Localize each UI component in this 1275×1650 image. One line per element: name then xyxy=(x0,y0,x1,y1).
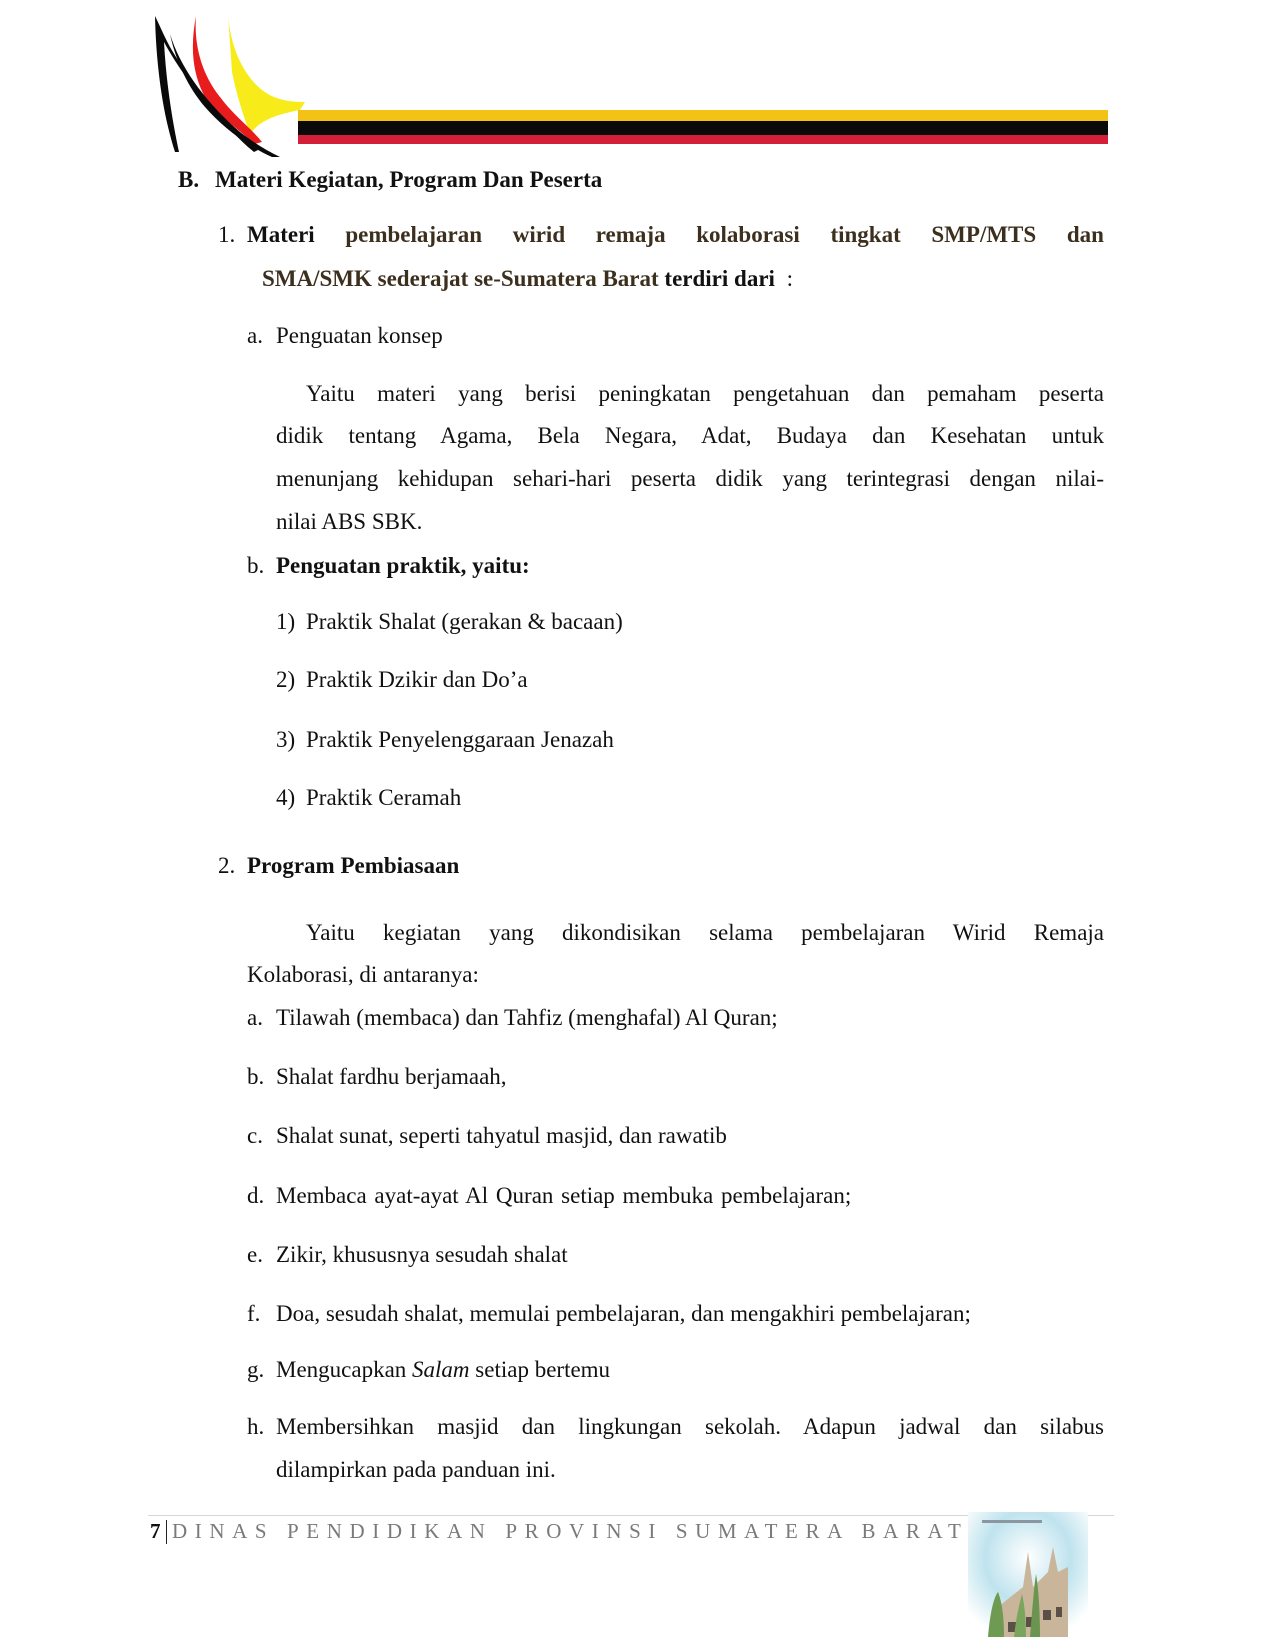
section-letter: B. xyxy=(178,166,199,194)
header-stripes xyxy=(298,110,1108,144)
item1-word: dan xyxy=(1067,221,1104,249)
minangkabau-roof-logo-icon xyxy=(150,2,320,160)
item1a-para-line: menunjang kehidupan sehari-hari peserta … xyxy=(276,465,1104,493)
practice-num: 3) xyxy=(276,726,295,754)
habit-text-line: dilampirkan pada panduan ini. xyxy=(276,1456,556,1484)
item1-word: pembelajaran xyxy=(345,221,482,249)
practice-num: 4) xyxy=(276,784,295,812)
habit-text: Zikir, khususnya sesudah shalat xyxy=(276,1241,568,1269)
item1a-para-line: Yaitu materi yang berisi peningkatan pen… xyxy=(306,380,1104,408)
item1-line1: Materi pembelajaran wirid remaja kolabor… xyxy=(247,221,1104,249)
item1-line2-black: terdiri dari xyxy=(664,266,775,291)
item1-word: kolaborasi xyxy=(696,221,800,249)
practice-text: Praktik Dzikir dan Do’a xyxy=(306,666,528,694)
item1a-para-line: didik tentang Agama, Bela Negara, Adat, … xyxy=(276,422,1104,450)
habit-text: Membaca ayat-ayat Al Quran setiap membuk… xyxy=(276,1182,851,1210)
item1-word: wirid xyxy=(513,221,565,249)
habit-letter: f. xyxy=(247,1300,260,1328)
item1a-para-line: nilai ABS SBK. xyxy=(276,508,422,536)
stripe-black xyxy=(298,121,1108,135)
practice-text: Praktik Ceramah xyxy=(306,784,461,812)
section-title: Materi Kegiatan, Program Dan Peserta xyxy=(215,166,602,194)
habit-text: Doa, sesudah shalat, memulai pembelajara… xyxy=(276,1300,971,1328)
item1b-letter: b. xyxy=(247,552,264,580)
item1-word: tingkat xyxy=(830,221,900,249)
logo-yellow-shape xyxy=(228,14,305,134)
item2-intro-line: Kolaborasi, di antaranya: xyxy=(247,961,479,989)
habit-letter: a. xyxy=(247,1004,263,1032)
habit-text-before: Mengucapkan xyxy=(276,1357,406,1382)
item1a-letter: a. xyxy=(247,322,263,350)
item1-word: SMP/MTS xyxy=(931,221,1036,249)
item1-number: 1. xyxy=(218,221,235,249)
item2-title: Program Pembiasaan xyxy=(247,852,459,880)
item2-number: 2. xyxy=(218,852,235,880)
item1-line2: SMA/SMK sederajat se-Sumatera Barat terd… xyxy=(262,265,793,293)
photo-caption-bar xyxy=(982,1520,1042,1523)
habit-text-line: Membersihkan masjid dan lingkungan sekol… xyxy=(276,1413,1104,1441)
habit-text-italic: Salam xyxy=(412,1357,470,1382)
page-number: 7 xyxy=(150,1518,161,1544)
item1a-label: Penguatan konsep xyxy=(276,322,443,350)
habit-text: Shalat fardhu berjamaah, xyxy=(276,1063,507,1091)
habit-text: Shalat sunat, seperti tahyatul masjid, d… xyxy=(276,1122,727,1150)
footer-separator xyxy=(166,1520,167,1544)
habit-letter: h. xyxy=(247,1413,264,1441)
practice-num: 1) xyxy=(276,608,295,636)
item1-colon: : xyxy=(787,266,793,291)
habit-text: Tilawah (membaca) dan Tahfiz (menghafal)… xyxy=(276,1004,778,1032)
habit-letter: c. xyxy=(247,1122,263,1150)
habit-text-after: setiap bertemu xyxy=(475,1357,610,1382)
item1-word: remaja xyxy=(596,221,666,249)
item1-line2-brown: SMA/SMK sederajat se-Sumatera Barat xyxy=(262,266,659,291)
item1b-label: Penguatan praktik, yaitu: xyxy=(276,552,530,580)
stripe-red xyxy=(298,135,1108,144)
practice-text: Praktik Shalat (gerakan & bacaan) xyxy=(306,608,623,636)
item2-intro-line: Yaitu kegiatan yang dikondisikan selama … xyxy=(306,919,1104,947)
habit-text: Mengucapkan Salam setiap bertemu xyxy=(276,1356,610,1384)
habit-letter: b. xyxy=(247,1063,264,1091)
item1-lead: Materi xyxy=(247,221,315,249)
practice-text: Praktik Penyelenggaraan Jenazah xyxy=(306,726,614,754)
habit-letter: g. xyxy=(247,1356,264,1384)
practice-num: 2) xyxy=(276,666,295,694)
habit-letter: d. xyxy=(247,1182,264,1210)
footer-institution: DINAS PENDIDIKAN PROVINSI SUMATERA BARAT xyxy=(172,1518,968,1544)
stripe-yellow xyxy=(298,110,1108,121)
government-building-photo-icon xyxy=(968,1512,1088,1642)
habit-letter: e. xyxy=(247,1241,263,1269)
